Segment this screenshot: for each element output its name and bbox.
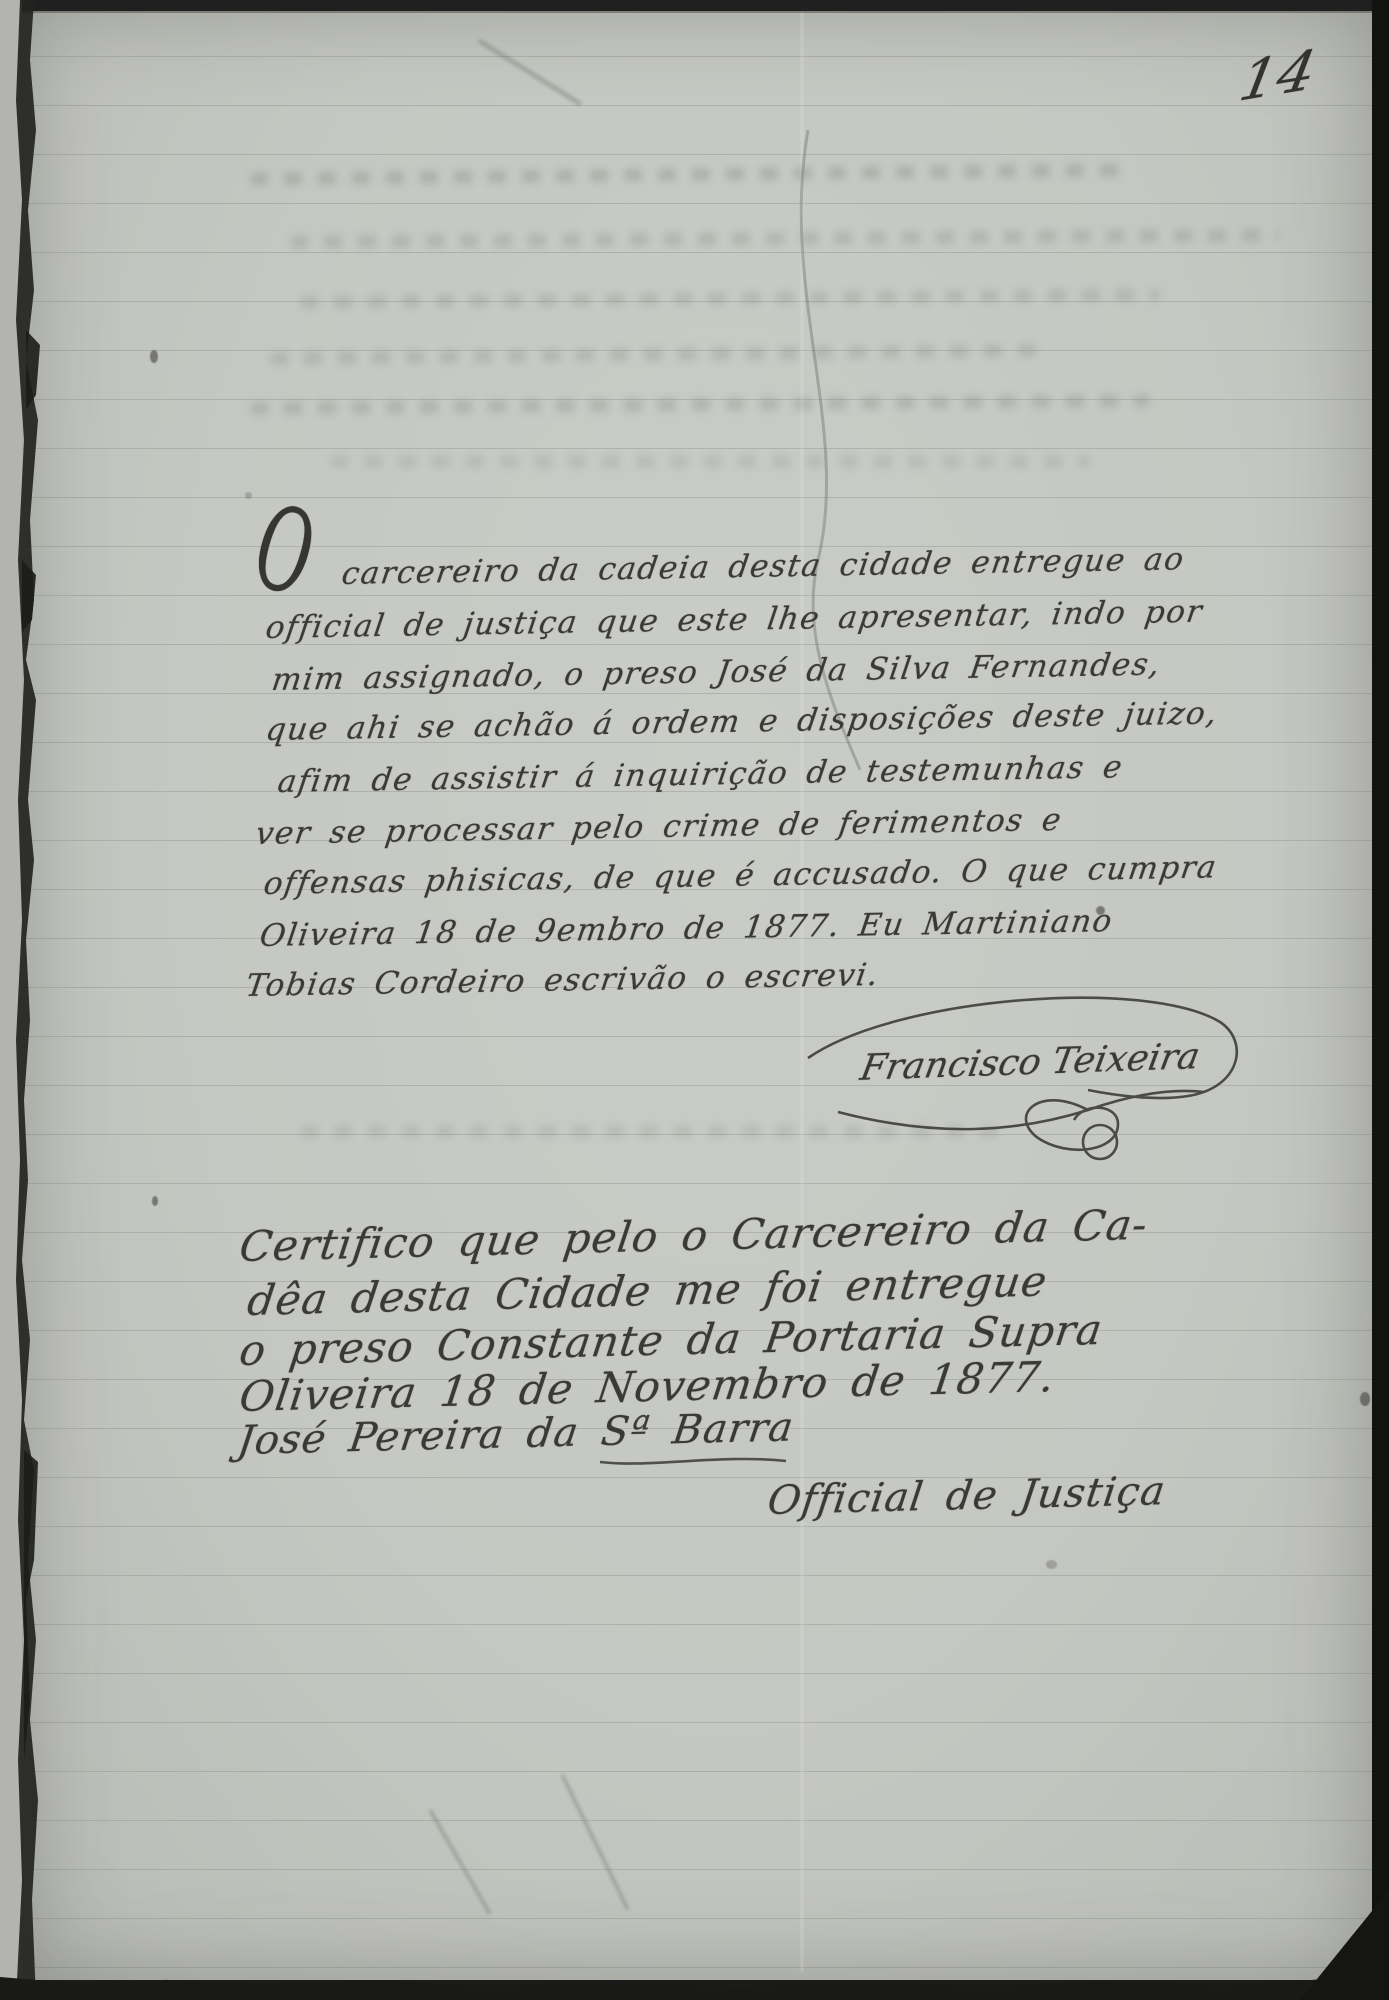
ink-speck xyxy=(152,1196,158,1206)
ink-speck xyxy=(1360,1392,1370,1406)
scan-edge-top-highlight xyxy=(18,11,1389,13)
ink-speck xyxy=(245,492,252,499)
scan-edge-top xyxy=(18,0,1389,11)
signature-flourish xyxy=(788,992,1258,1162)
bleedthrough-line xyxy=(330,455,1090,468)
ink-speck xyxy=(1046,1560,1057,1569)
scanned-manuscript-page: 14 O carcereiro da cadeia desta cidade e… xyxy=(0,0,1389,2000)
scan-edge-right xyxy=(1372,0,1389,2000)
barra-underline xyxy=(600,1452,790,1472)
ink-speck xyxy=(150,350,158,363)
torn-binding-edge xyxy=(0,0,46,2000)
